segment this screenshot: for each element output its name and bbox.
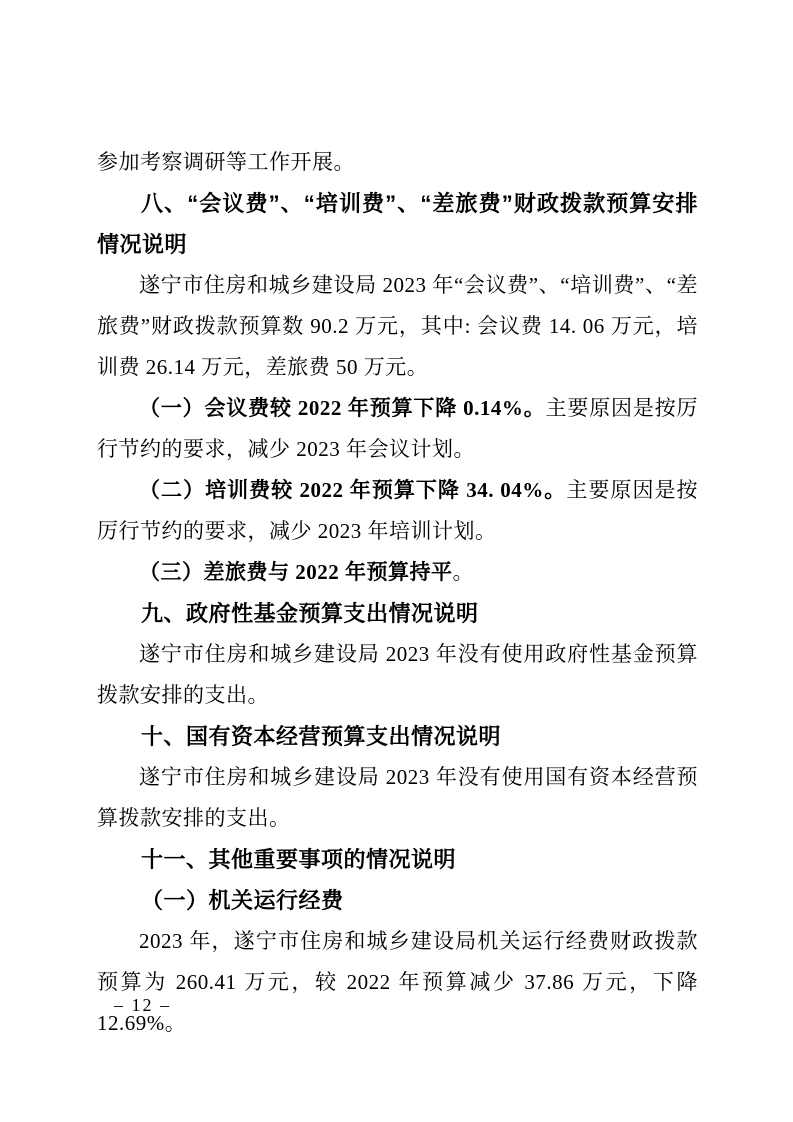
item-1-bold-lead: （一）会议费较 2022 年预算下降 0.14%。 <box>139 396 546 420</box>
heading-section-8: 八、“会议费”、“培训费”、“差旅费”财政拨款预算安排情况说明 <box>97 183 698 265</box>
paragraph-item-1-meeting-fee: （一）会议费较 2022 年预算下降 0.14%。主要原因是按厉行节约的要求，减… <box>97 388 698 470</box>
heading-section-11-sub-1: （一）机关运行经费 <box>97 880 698 921</box>
heading-section-10: 十、国有资本经营预算支出情况说明 <box>97 716 698 757</box>
paragraph-item-3-travel-fee: （三）差旅费与 2022 年预算持平。 <box>97 552 698 593</box>
paragraph-operating-costs: 2023 年，遂宁市住房和城乡建设局机关运行经费财政拨款预算为 260.41 万… <box>97 921 698 1044</box>
item-3-period: 。 <box>453 560 475 584</box>
page-number: – 12 – <box>114 992 171 1018</box>
document-page: 参加考察调研等工作开展。 八、“会议费”、“培训费”、“差旅费”财政拨款预算安排… <box>0 0 793 1122</box>
item-3-bold-lead: （三）差旅费与 2022 年预算持平 <box>139 560 453 584</box>
paragraph-fees-summary: 遂宁市住房和城乡建设局 2023 年“会议费”、“培训费”、“差旅费”财政拨款预… <box>97 265 698 388</box>
heading-section-9: 九、政府性基金预算支出情况说明 <box>97 593 698 634</box>
item-2-bold-lead: （二）培训费较 2022 年预算下降 34. 04%。 <box>139 478 566 502</box>
page-content: 参加考察调研等工作开展。 八、“会议费”、“培训费”、“差旅费”财政拨款预算安排… <box>97 142 698 1044</box>
paragraph-state-capital-statement: 遂宁市住房和城乡建设局 2023 年没有使用国有资本经营预算拨款安排的支出。 <box>97 757 698 839</box>
paragraph-item-2-training-fee: （二）培训费较 2022 年预算下降 34. 04%。主要原因是按厉行节约的要求… <box>97 470 698 552</box>
heading-section-11: 十一、其他重要事项的情况说明 <box>97 839 698 880</box>
paragraph-gov-fund-statement: 遂宁市住房和城乡建设局 2023 年没有使用政府性基金预算拨款安排的支出。 <box>97 634 698 716</box>
paragraph-continuation: 参加考察调研等工作开展。 <box>97 142 698 183</box>
